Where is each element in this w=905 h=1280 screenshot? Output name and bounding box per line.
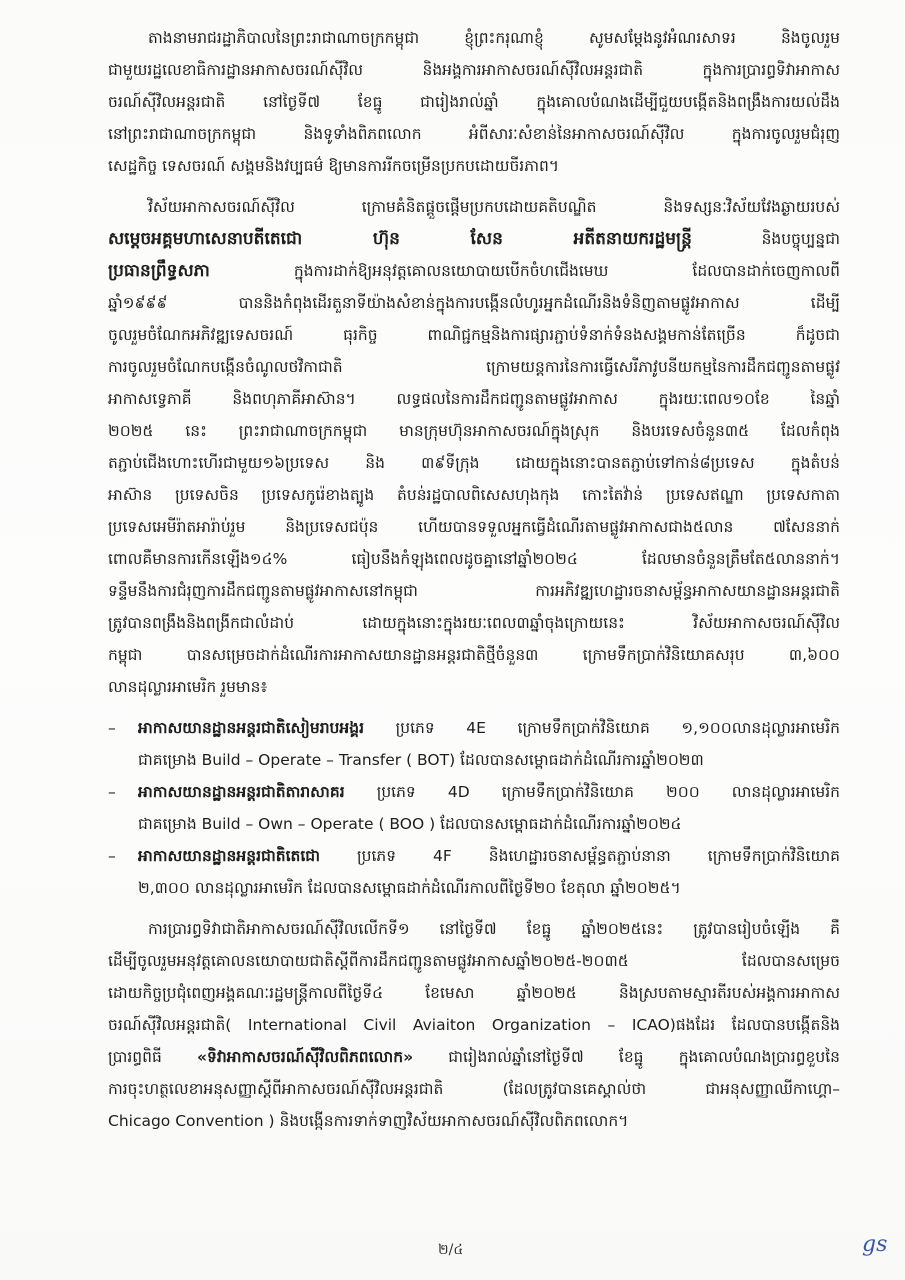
text-segment: ប្រភេទ 4E ក្រោមទឹកប្រាក់វិនិយោគ ១,១០០លាន… bbox=[396, 719, 840, 737]
text-line: ការប្រារព្ធទិវាជាតិអាកាសចរណ៍ស៊ីវិលលើកទី១… bbox=[108, 913, 840, 945]
text-line: ចូលរួមចំណែកអភិវឌ្ឍទេសចរណ៍ ធុរកិច្ច ពាណិជ… bbox=[108, 319, 840, 351]
text-line: លានដុល្លារអាមេរិក រួមមាន៖ bbox=[108, 671, 840, 703]
text-line: ទន្ទឹមនឹងការជំរុញការដឹកជញ្ជូនតាមផ្លូវអាក… bbox=[108, 575, 840, 607]
airport-name: អាកាសយានដ្ឋានអន្តរជាតិតារាសាគរ bbox=[138, 783, 345, 801]
text-line: សេដ្ឋកិច្ច ទេសចរណ៍ សង្គមនិងវប្បធម៌ ឱ្យមា… bbox=[108, 150, 840, 182]
airport-item-siem-reap-angkor: –អាកាសយានដ្ឋានអន្តរជាតិសៀមរាបអង្គរ ប្រភេ… bbox=[108, 712, 840, 776]
text-line: ចរណ៍ស៊ីវិលអន្តរជាតិ នៅថ្ងៃទី៧ ខែធ្នូ ជារ… bbox=[108, 86, 840, 118]
world-aviation-day-title: «ទិវាអាកាសចរណ៍ស៊ីវិលពិភពលោក» bbox=[197, 1048, 413, 1066]
airport-list: –អាកាសយានដ្ឋានអន្តរជាតិសៀមរាបអង្គរ ប្រភេ… bbox=[108, 712, 840, 904]
text-line: តភ្ជាប់ជើងហោះហើរជាមួយ១៦ប្រទេស និង ៣៩ទីក្… bbox=[108, 447, 840, 479]
text-line: ២០២៥ នេះ ព្រះរាជាណាចក្រកម្ពុជា មានក្រុមហ… bbox=[108, 415, 840, 447]
text-line: ការចុះហត្ថលេខាអនុសញ្ញាស្តីពីអាកាសចរណ៍ស៊ី… bbox=[108, 1073, 840, 1105]
airport-item-dara-sakor: –អាកាសយានដ្ឋានអន្តរជាតិតារាសាគរ ប្រភេទ 4… bbox=[108, 776, 840, 840]
text-line: តាងនាមរាជរដ្ឋាភិបាលនៃព្រះរាជាណាចក្រកម្ពុ… bbox=[108, 22, 840, 54]
text-line: ត្រូវបានពង្រឹងនិងពង្រីកជាលំដាប់ ដោយក្នុង… bbox=[108, 607, 840, 639]
text-line: ដោយកិច្ចប្រជុំពេញអង្គគណៈរដ្ឋមន្ត្រីកាលពី… bbox=[108, 977, 840, 1009]
text-line: ប្រធានព្រឹទ្ធសភា ក្នុងការដាក់ឱ្យអនុវត្តគ… bbox=[108, 255, 840, 287]
text-line: ឆ្នាំ១៩៩៩ បាននិងកំពុងដើរតួនាទីយ៉ាងសំខាន់… bbox=[108, 287, 840, 319]
handwritten-initials: gs bbox=[862, 1232, 887, 1257]
dash-bullet-icon: – bbox=[108, 712, 116, 744]
airport-item-techo: –អាកាសយានដ្ឋានអន្តរជាតិតេជោ ប្រភេទ 4F និ… bbox=[108, 840, 840, 904]
text-segment: និងបច្ចុប្បន្នជា bbox=[762, 230, 840, 248]
text-line: កម្ពុជា បានសម្រេចដាក់ដំណើរការអាកាសយានដ្ឋ… bbox=[108, 639, 840, 671]
text-line: នៅព្រះរាជាណាចក្រកម្ពុជា និងទូទាំងពិភពលោក… bbox=[108, 118, 840, 150]
text-line: Chicago Convention ) និងបង្កើនការទាក់ទាញ… bbox=[108, 1105, 840, 1137]
document-body: តាងនាមរាជរដ្ឋាភិបាលនៃព្រះរាជាណាចក្រកម្ពុ… bbox=[108, 22, 840, 1137]
text-line: អាកាសទ្វេភាគី និងពហុភាគីអាស៊ាន។ លទ្ធផលនៃ… bbox=[108, 383, 840, 415]
page-number: ២/៤ bbox=[438, 1240, 463, 1261]
text-segment: ជារៀងរាល់ឆ្នាំនៅថ្ងៃទី៧ ខែធ្នូ ក្នុងគោលប… bbox=[448, 1048, 840, 1066]
honorific-name: សម្តេចអគ្គមហាសេនាបតីតេជោ ហ៊ុន សែន អតីតនា… bbox=[108, 229, 692, 249]
text-line: ប្រទេសអេមីរ៉ាតអារ៉ាប់រួម និងប្រទេសជប៉ុន … bbox=[108, 511, 840, 543]
text-line: ពោលគឺមានការកើនឡើង១៤% ធៀបនឹងកំឡុងពេលដូចគ្… bbox=[108, 543, 840, 575]
paragraph-gap bbox=[108, 182, 840, 191]
list-item-line: ជាគម្រោង Build – Own – Operate ( BOO ) ដ… bbox=[108, 808, 840, 840]
list-item-line: ២,៣០០ លានដុល្លារអាមេរិក ដែលបានសម្ពោធដាក់… bbox=[108, 872, 840, 904]
paragraph-gap bbox=[108, 703, 840, 712]
text-line: អាស៊ាន ប្រទេសចិន ប្រទេសកូរ៉េខាងត្បូង តំប… bbox=[108, 479, 840, 511]
text-segment: ក្នុងការដាក់ឱ្យអនុវត្តគោលនយោបាយបើកចំហជើង… bbox=[294, 262, 840, 280]
text-line: ប្រារព្ធពិធី «ទិវាអាកាសចរណ៍ស៊ីវិលពិភពលោក… bbox=[108, 1041, 840, 1073]
document-page: តាងនាមរាជរដ្ឋាភិបាលនៃព្រះរាជាណាចក្រកម្ពុ… bbox=[0, 0, 905, 1280]
list-item-line: –អាកាសយានដ្ឋានអន្តរជាតិសៀមរាបអង្គរ ប្រភេ… bbox=[108, 712, 840, 744]
text-segment: ប្រភេទ 4D ក្រោមទឹកប្រាក់វិនិយោគ ២០០ លានដ… bbox=[377, 783, 840, 801]
list-item-line: –អាកាសយានដ្ឋានអន្តរជាតិតារាសាគរ ប្រភេទ 4… bbox=[108, 776, 840, 808]
paragraph-3: ការប្រារព្ធទិវាជាតិអាកាសចរណ៍ស៊ីវិលលើកទី១… bbox=[108, 913, 840, 1137]
airport-name: អាកាសយានដ្ឋានអន្តរជាតិសៀមរាបអង្គរ bbox=[138, 719, 364, 737]
list-item-line: –អាកាសយានដ្ឋានអន្តរជាតិតេជោ ប្រភេទ 4F និ… bbox=[108, 840, 840, 872]
text-line: ការចូលរួមចំណែកបង្កើនចំណូលថវិកាជាតិ ក្រោម… bbox=[108, 351, 840, 383]
text-segment: ប្រារព្ធពិធី bbox=[108, 1048, 162, 1066]
text-segment: ប្រភេទ 4F និងហេដ្ឋារចនាសម្ព័ន្ធតភ្ជាប់នា… bbox=[357, 847, 840, 865]
text-line: ចរណ៍ស៊ីវិលអន្តរជាតិ( International Civil… bbox=[108, 1009, 840, 1041]
text-line: វិស័យអាកាសចរណ៍ស៊ីវិល ក្រោមគំនិតផ្តួចផ្តើ… bbox=[108, 191, 840, 223]
dash-bullet-icon: – bbox=[108, 776, 116, 808]
paragraph-gap bbox=[108, 904, 840, 913]
dash-bullet-icon: – bbox=[108, 840, 116, 872]
paragraph-2: វិស័យអាកាសចរណ៍ស៊ីវិល ក្រោមគំនិតផ្តួចផ្តើ… bbox=[108, 191, 840, 703]
honorific-title: ប្រធានព្រឹទ្ធសភា bbox=[108, 261, 210, 281]
list-item-line: ជាគម្រោង Build – Operate – Transfer ( BO… bbox=[108, 744, 840, 776]
text-line: សម្តេចអគ្គមហាសេនាបតីតេជោ ហ៊ុន សែន អតីតនា… bbox=[108, 223, 840, 255]
text-line: ជាមួយរដ្ឋលេខាធិការដ្ឋានអាកាសចរណ៍ស៊ីវិល ន… bbox=[108, 54, 840, 86]
paragraph-1: តាងនាមរាជរដ្ឋាភិបាលនៃព្រះរាជាណាចក្រកម្ពុ… bbox=[108, 22, 840, 182]
text-line: ដើម្បីចូលរួមអនុវត្តគោលនយោបាយជាតិស្តីពីកា… bbox=[108, 945, 840, 977]
airport-name: អាកាសយានដ្ឋានអន្តរជាតិតេជោ bbox=[138, 847, 320, 865]
